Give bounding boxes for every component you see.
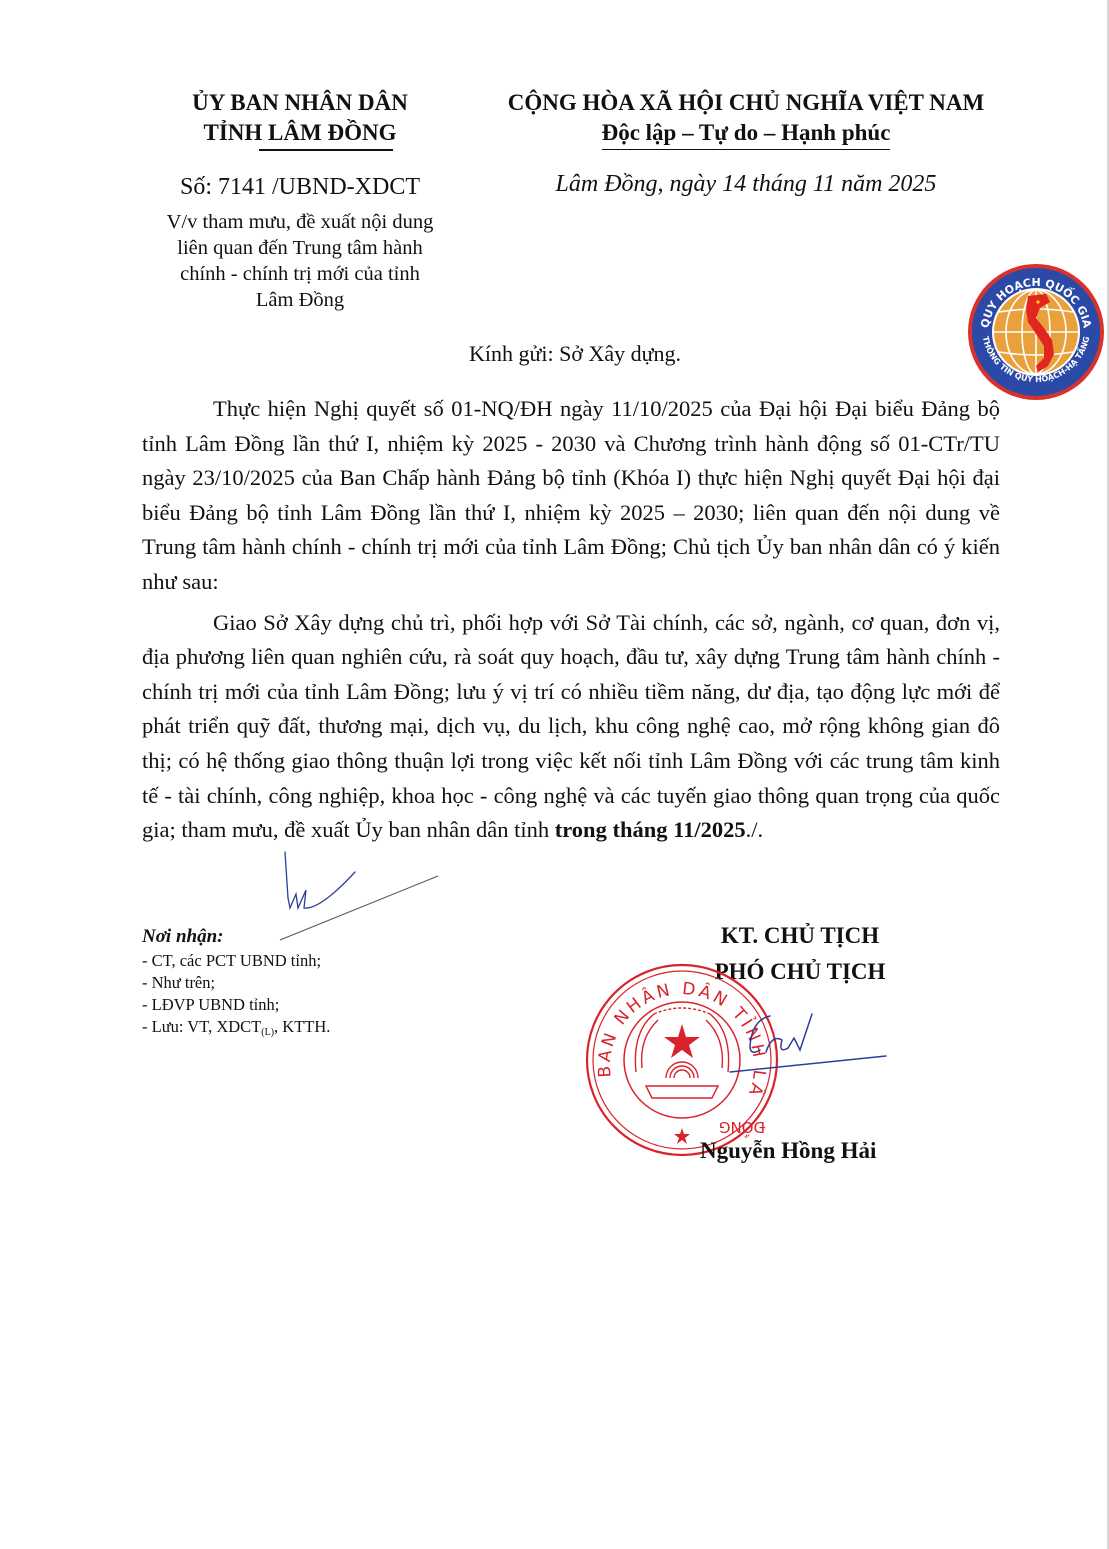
- document-body: Thực hiện Nghị quyết số 01-NQ/ĐH ngày 11…: [142, 392, 1000, 848]
- quy-hoach-logo-icon: QUY HOẠCH QUỐC GIA THÔNG TIN QUY HOẠCH-H…: [966, 262, 1106, 402]
- recipient-item: - CT, các PCT UBND tỉnh;: [142, 950, 462, 972]
- subject-line: liên quan đến Trung tâm hành: [140, 235, 460, 261]
- document-subject: V/v tham mưu, đề xuất nội dung liên quan…: [140, 209, 460, 313]
- paragraph-2-text: Giao Sở Xây dựng chủ trì, phối hợp với S…: [142, 610, 1000, 843]
- national-header-block: CỘNG HÒA XÃ HỘI CHỦ NGHĨA VIỆT NAM Độc l…: [476, 88, 1016, 198]
- subject-line: V/v tham mưu, đề xuất nội dung: [140, 209, 460, 235]
- place-and-date: Lâm Đồng, ngày 14 tháng 11 năm 2025: [476, 170, 1016, 198]
- national-title: CỘNG HÒA XÃ HỘI CHỦ NGHĨA VIỆT NAM: [476, 88, 1016, 118]
- recipient-item-archive: - Lưu: VT, XDCT(L), KTTH.: [142, 1016, 462, 1044]
- handwritten-signature: [690, 1010, 890, 1080]
- deadline-emphasis: trong tháng 11/2025: [555, 817, 746, 842]
- authority-name-line2: TỈNH LÂM ĐỒNG: [140, 118, 460, 148]
- authority-underline: [259, 149, 393, 151]
- signer-role-line1: KT. CHỦ TỊCH: [620, 918, 980, 954]
- paragraph-2-end: ./.: [746, 817, 764, 842]
- issuing-authority-block: ỦY BAN NHÂN DÂN TỈNH LÂM ĐỒNG Số: 7141 /…: [140, 88, 460, 313]
- body-paragraph-2: Giao Sở Xây dựng chủ trì, phối hợp với S…: [142, 606, 1000, 848]
- recipients-list: Nơi nhận: - CT, các PCT UBND tỉnh; - Như…: [142, 924, 462, 1044]
- recipient-greeting: Kính gửi: Sở Xây dựng.: [140, 339, 1010, 369]
- recipient-item: - LĐVP UBND tỉnh;: [142, 994, 462, 1016]
- national-motto: Độc lập – Tự do – Hạnh phúc: [602, 118, 891, 150]
- body-paragraph-1: Thực hiện Nghị quyết số 01-NQ/ĐH ngày 11…: [142, 392, 1000, 600]
- subject-line: chính - chính trị mới của tỉnh: [140, 261, 460, 287]
- signer-name: Nguyễn Hồng Hải: [700, 1136, 920, 1166]
- archive-suffix: , KTTH.: [274, 1017, 330, 1036]
- document-number: Số: 7141 /UBND-XDCT: [140, 173, 460, 201]
- recipients-label: Nơi nhận:: [142, 924, 462, 950]
- subject-line: Lâm Đồng: [140, 287, 460, 313]
- recipient-item: - Như trên;: [142, 972, 462, 994]
- archive-prefix: - Lưu: VT, XDCT: [142, 1017, 261, 1036]
- archive-subscript: (L): [261, 1027, 274, 1038]
- authority-name-line1: ỦY BAN NHÂN DÂN: [140, 88, 460, 118]
